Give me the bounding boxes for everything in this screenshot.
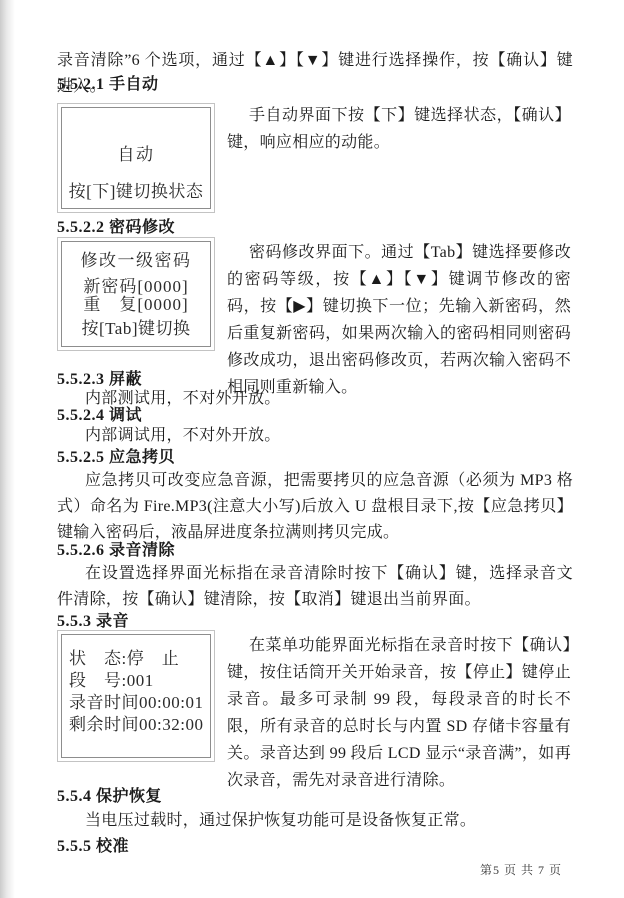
heading-5-5-2-3-shield: 5.5.2.3 屏蔽 — [57, 371, 142, 389]
heading-5-5-2-2-password-modify: 5.5.2.2 密码修改 — [57, 219, 175, 237]
lcd-new-password-line: 新密码[0000] — [62, 278, 210, 296]
heading-5-5-5-calibrate: 5.5.5 校准 — [57, 838, 129, 856]
page-edge-shadow — [0, 0, 15, 898]
lcd-screen-manual-auto: 自动 按[下]键切换状态 — [57, 103, 215, 213]
lcd-screen-inner-frame: 状 态:停 止 段 号:001 录音时间00:00:01 剩余时间00:32:0… — [61, 634, 211, 758]
emergency-copy-paragraph: 应急拷贝可改变应急音源，把需要拷贝的应急音源（必须为 MP3 格式）命名为 Fi… — [57, 468, 573, 546]
lcd-screen-record: 状 态:停 止 段 号:001 录音时间00:00:01 剩余时间00:32:0… — [57, 630, 215, 762]
lcd-remain-time-line: 剩余时间00:32:00 — [62, 714, 210, 736]
page-number-footer: 第5 页 共 7 页 — [57, 861, 562, 878]
heading-5-5-4-protect-recover: 5.5.4 保护恢复 — [57, 788, 162, 806]
lcd-record-status-line: 状 态:停 止 — [62, 648, 210, 670]
document-page: 录音清除”6 个选项，通过【▲】【▼】键进行选择操作，按【确认】键进入。 5.5… — [0, 0, 624, 898]
lcd-repeat-password-line: 重 复[0000] — [62, 296, 210, 314]
lcd-status-text: 自动 — [62, 146, 210, 164]
password-modify-paragraph: 密码修改界面下。通过【Tab】键选择要修改的密码等级，按【▲】【▼】键调节修改的… — [227, 239, 571, 401]
debug-paragraph: 内部调试用，不对外开放。 — [57, 426, 573, 446]
lcd-screen-inner-frame: 自动 按[下]键切换状态 — [61, 107, 211, 209]
lcd-password-title: 修改一级密码 — [62, 252, 210, 270]
lcd-record-segment-line: 段 号:001 — [62, 670, 210, 692]
heading-5-5-2-5-emergency-copy: 5.5.2.5 应急拷贝 — [57, 449, 175, 467]
heading-5-5-2-4-debug: 5.5.2.4 调试 — [57, 407, 142, 425]
record-paragraph: 在菜单功能界面光标指在录音时按下【确认】键，按住话筒开关开始录音，按【停止】键停… — [227, 632, 571, 794]
lcd-record-time-line: 录音时间00:00:01 — [62, 692, 210, 714]
record-clear-paragraph: 在设置选择界面光标指在录音清除时按下【确认】键，选择录音文件清除，按【确认】键清… — [57, 561, 573, 613]
lcd-key-hint: 按[Tab]键切换 — [62, 320, 210, 338]
heading-5-5-3-record: 5.5.3 录音 — [57, 613, 129, 631]
lcd-key-hint: 按[下]键切换状态 — [62, 183, 210, 201]
manual-auto-paragraph: 手自动界面下按【下】键选择状态，【确认】键，响应相应的动能。 — [227, 102, 571, 156]
lcd-screen-inner-frame: 修改一级密码 新密码[0000] 重 复[0000] 按[Tab]键切换 — [61, 241, 211, 347]
shield-paragraph: 内部测试用，不对外开放。 — [57, 389, 573, 409]
heading-5-5-2-6-record-clear: 5.5.2.6 录音清除 — [57, 542, 175, 560]
protect-recover-paragraph: 当电压过载时，通过保护恢复功能可是设备恢复正常。 — [57, 810, 573, 832]
heading-5-5-2-1-manual-auto: 5.5.2.1 手自动 — [57, 76, 159, 94]
lcd-screen-password-modify: 修改一级密码 新密码[0000] 重 复[0000] 按[Tab]键切换 — [57, 237, 215, 351]
